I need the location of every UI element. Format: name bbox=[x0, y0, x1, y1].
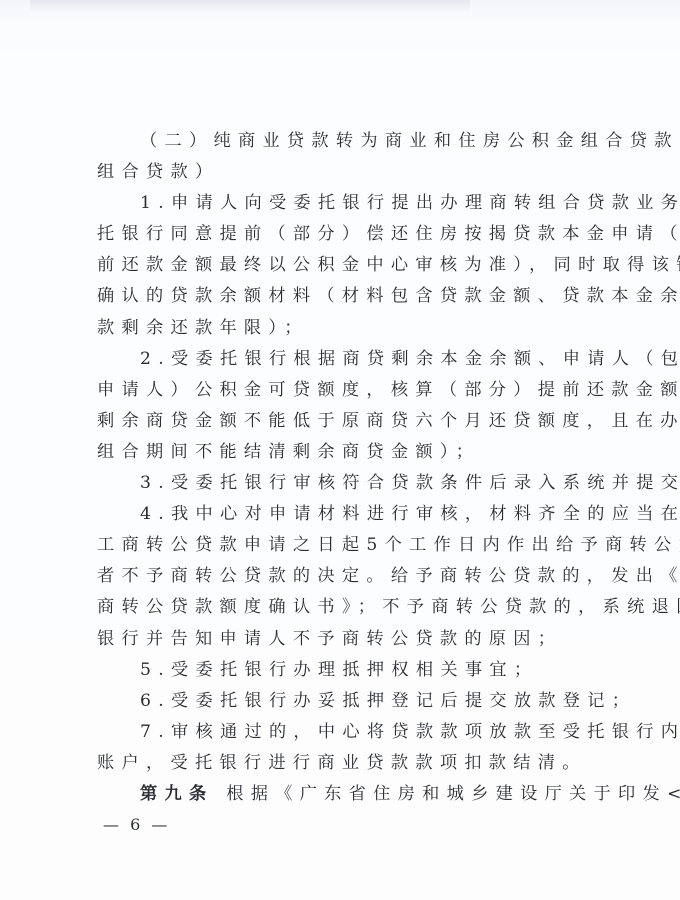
item-4-line-1: 4.我中心对申请材料进行审核，材料齐全的应当在受理职 bbox=[97, 499, 581, 530]
item-6-line-1: 6.受委托银行办妥抵押登记后提交放款登记； bbox=[97, 686, 581, 717]
item-2-line-1: 2.受委托银行根据商贷剩余本金余额、申请人（包括共同 bbox=[97, 344, 581, 375]
item-7-line-1: 7.审核通过的，中心将贷款款项放款至受托银行内部过渡 bbox=[97, 717, 581, 748]
page-number: — 6 — bbox=[103, 815, 170, 834]
article-nine-line: 第九条 根据《广东省住房和城乡建设厅关于印发<广东省 bbox=[97, 779, 581, 810]
item-1-line-1: 1.申请人向受委托银行提出办理商转组合贷款业务，受委 bbox=[97, 188, 581, 219]
item-2-line-4: 组合期间不能结清剩余商贷金额）； bbox=[97, 437, 581, 468]
item-2-line-2: 申请人）公积金可贷额度，核算（部分）提前还款金额（注： bbox=[97, 375, 581, 406]
item-7-line-2: 账户，受托银行进行商业贷款款项扣款结清。 bbox=[97, 748, 581, 779]
article-label: 第九条 bbox=[140, 784, 213, 804]
scan-artifact bbox=[30, 0, 470, 12]
document-page: （二）纯商业贷款转为商业和住房公积金组合贷款（商转 组合贷款） 1.申请人向受委… bbox=[0, 0, 680, 900]
item-1-line-3: 前还款金额最终以公积金中心审核为准），同时取得该银行盖章 bbox=[97, 250, 581, 281]
item-4-line-4: 商转公贷款额度确认书》；不予商转公贷款的，系统退回受委托 bbox=[97, 592, 581, 623]
article-text: 根据《广东省住房和城乡建设厅关于印发<广东省 bbox=[213, 784, 680, 804]
item-4-line-3: 者不予商转公贷款的决定。给予商转公贷款的，发出《惠州市 bbox=[97, 561, 581, 592]
section-heading-line-1: （二）纯商业贷款转为商业和住房公积金组合贷款（商转 bbox=[97, 126, 581, 157]
item-2-line-3: 剩余商贷金额不能低于原商贷六个月还贷额度，且在办理商转 bbox=[97, 406, 581, 437]
item-4-line-2: 工商转公贷款申请之日起5个工作日内作出给予商转公贷款或 bbox=[97, 530, 581, 561]
section-heading-line-2: 组合贷款） bbox=[97, 157, 581, 188]
item-1-line-2: 托银行同意提前（部分）偿还住房按揭贷款本金申请（部分提 bbox=[97, 219, 581, 250]
item-3-line-1: 3.受委托银行审核符合贷款条件后录入系统并提交； bbox=[97, 468, 581, 499]
item-1-line-4: 确认的贷款余额材料（材料包含贷款金额、贷款本金余额、贷 bbox=[97, 281, 581, 312]
item-4-line-5: 银行并告知申请人不予商转公贷款的原因； bbox=[97, 624, 581, 655]
item-1-line-5: 款剩余还款年限）； bbox=[97, 313, 581, 344]
document-body: （二）纯商业贷款转为商业和住房公积金组合贷款（商转 组合贷款） 1.申请人向受委… bbox=[97, 126, 581, 810]
item-5-line-1: 5.受委托银行办理抵押权相关事宜； bbox=[97, 655, 581, 686]
